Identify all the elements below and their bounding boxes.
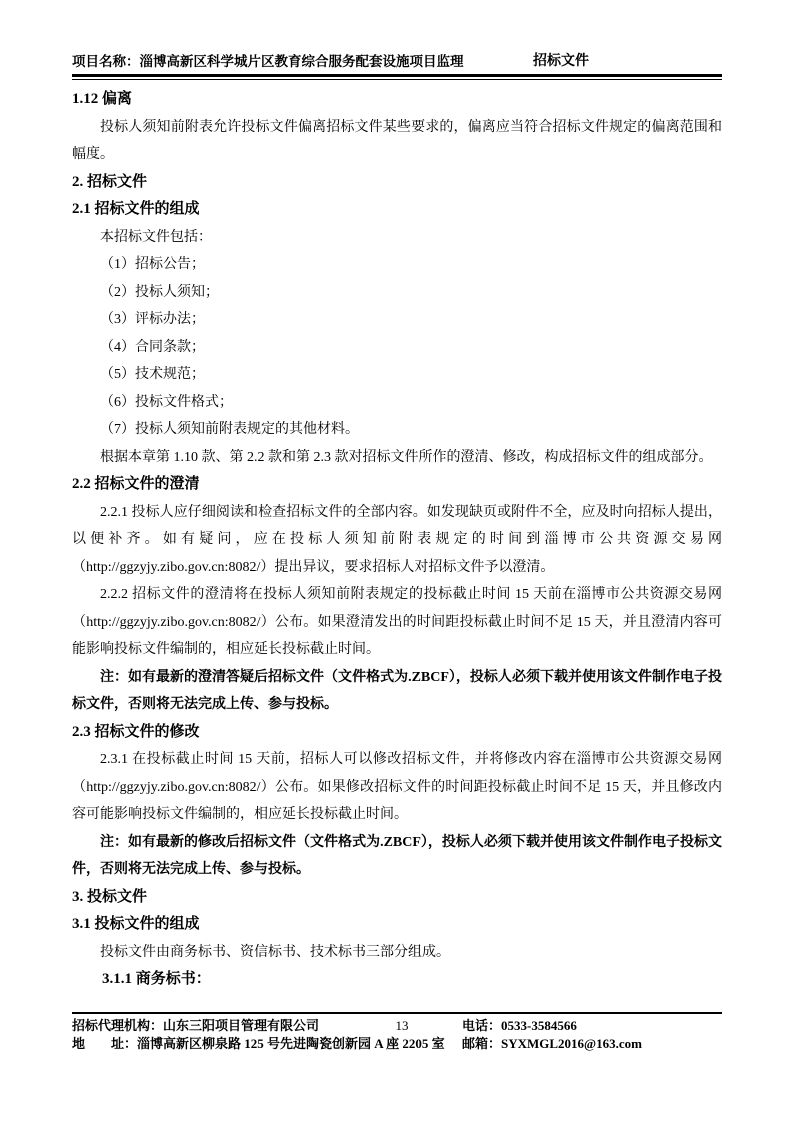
footer-phone: 电话：0533-3584566 — [462, 1017, 577, 1035]
footer-row-1: 招标代理机构：山东三阳项目管理有限公司 13 电话：0533-3584566 — [72, 1017, 722, 1035]
footer-agency: 招标代理机构：山东三阳项目管理有限公司 — [72, 1018, 319, 1033]
footer-row-2: 地 址：淄博高新区柳泉路 125 号先进陶瓷创新园 A 座 2205 室 邮箱：… — [72, 1035, 722, 1053]
heading-1-12: 1.12 偏离 — [72, 86, 722, 114]
list-item-4: （4）合同条款； — [72, 334, 722, 362]
list-item-2: （2）投标人须知； — [72, 279, 722, 307]
list-item-6: （6）投标文件格式； — [72, 389, 722, 417]
heading-3-1: 3.1 投标文件的组成 — [72, 911, 722, 939]
page-number: 13 — [372, 1017, 432, 1035]
list-item-7: （7）投标人须知前附表规定的其他材料。 — [72, 416, 722, 444]
para-2-2-2: 2.2.2 招标文件的澄清将在投标人须知前附表规定的投标截止时间 15 天前在淄… — [72, 581, 722, 664]
header-rule-thick — [72, 74, 722, 77]
page-footer: 招标代理机构：山东三阳项目管理有限公司 13 电话：0533-3584566 地… — [72, 1017, 722, 1053]
para-3-1: 投标文件由商务标书、资信标书、技术标书三部分组成。 — [72, 939, 722, 967]
heading-2-1: 2.1 招标文件的组成 — [72, 196, 722, 224]
heading-2-3: 2.3 招标文件的修改 — [72, 719, 722, 747]
footer-address: 地 址：淄博高新区柳泉路 125 号先进陶瓷创新园 A 座 2205 室 — [72, 1036, 445, 1051]
heading-2-2: 2.2 招标文件的澄清 — [72, 471, 722, 499]
header-doc-label: 招标文件 — [533, 50, 589, 70]
heading-3: 3. 投标文件 — [72, 884, 722, 912]
header-rule-thin — [72, 79, 722, 80]
heading-3-1-1: 3.1.1 商务标书： — [72, 966, 722, 994]
para-2-2-1: 2.2.1 投标人应仔细阅读和检查招标文件的全部内容。如发现缺页或附件不全，应及… — [72, 499, 722, 582]
list-item-1: （1）招标公告； — [72, 251, 722, 279]
document-body: 1.12 偏离 投标人须知前附表允许投标文件偏离招标文件某些要求的，偏离应当符合… — [72, 86, 722, 994]
document-page: 项目名称：淄博高新区科学城片区教育综合服务配套设施项目监理 招标文件 1.12 … — [0, 0, 793, 1122]
list-item-5: （5）技术规范； — [72, 361, 722, 389]
header-project-name: 项目名称：淄博高新区科学城片区教育综合服务配套设施项目监理 — [72, 54, 464, 69]
footer-email: 邮箱：SYXMGL2016@163.com — [462, 1035, 642, 1053]
para-2-3-1: 2.3.1 在投标截止时间 15 天前，招标人可以修改招标文件，并将修改内容在淄… — [72, 746, 722, 829]
list-item-3: （3）评标办法； — [72, 306, 722, 334]
footer-rule — [72, 1012, 722, 1014]
para-2-1-closing: 根据本章第 1.10 款、第 2.2 款和第 2.3 款对招标文件所作的澄清、修… — [72, 444, 722, 472]
header-rule — [72, 74, 722, 80]
heading-2: 2. 招标文件 — [72, 169, 722, 197]
note-modification: 注：如有最新的修改后招标文件（文件格式为.ZBCF），投标人必须下载并使用该文件… — [72, 829, 722, 884]
para-2-1-intro: 本招标文件包括： — [72, 224, 722, 252]
para-1-12: 投标人须知前附表允许投标文件偏离招标文件某些要求的，偏离应当符合招标文件规定的偏… — [72, 114, 722, 169]
note-clarification: 注：如有最新的澄清答疑后招标文件（文件格式为.ZBCF），投标人必须下载并使用该… — [72, 664, 722, 719]
page-header: 项目名称：淄博高新区科学城片区教育综合服务配套设施项目监理 招标文件 — [72, 50, 722, 72]
